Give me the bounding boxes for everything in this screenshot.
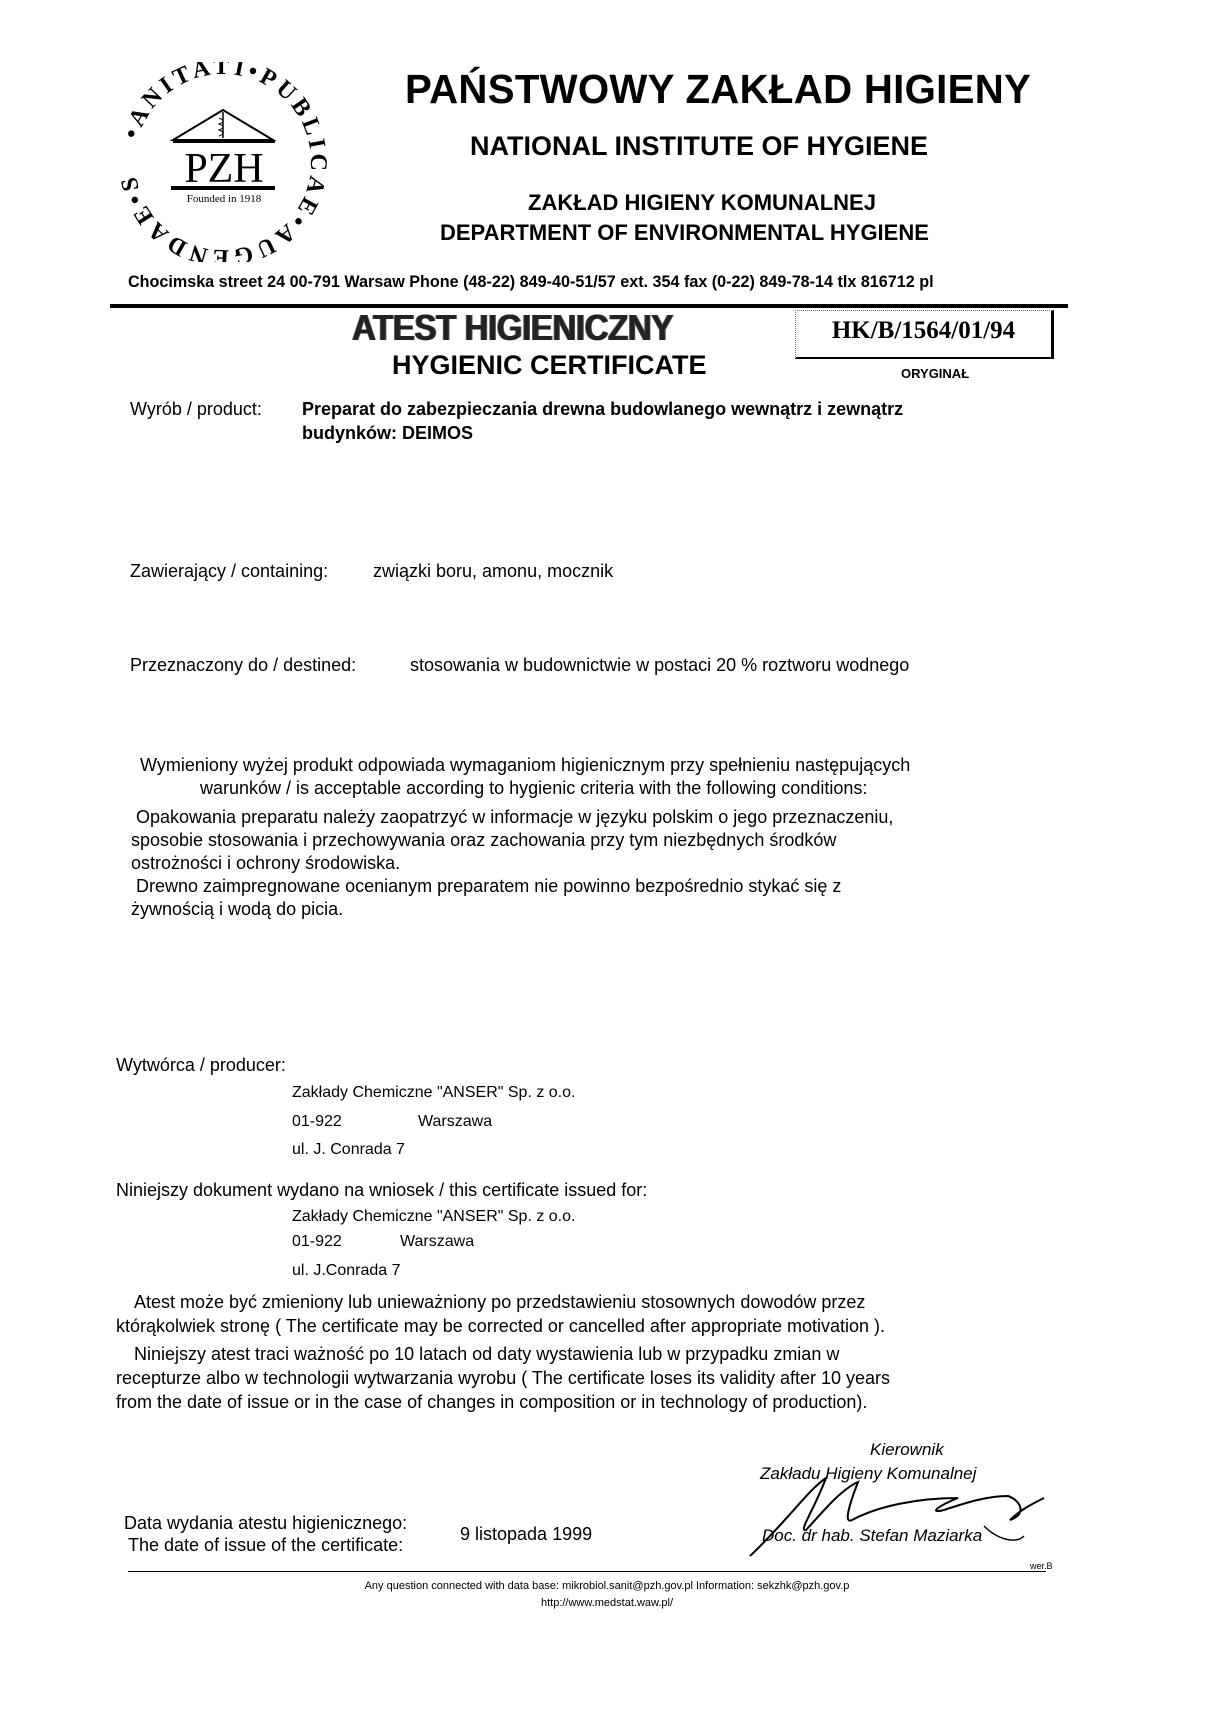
product-label: Wyrób / product:: [130, 399, 262, 420]
signatory-name: Doc. dr hab. Stefan Maziarka: [762, 1526, 982, 1546]
svg-text:PZH: PZH: [184, 146, 263, 192]
note-2-line3: from the date of issue or in the case of…: [116, 1392, 867, 1413]
issue-date-label-pl: Data wydania atestu higienicznego:: [124, 1513, 407, 1534]
condition-1-line2: sposobie stosowania i przechowywania ora…: [131, 830, 836, 851]
pzh-seal-icon: •ANITATI•PUBLICAE•AUGENDAE•S PZH Founded…: [118, 62, 328, 262]
handwritten-signature-icon: [748, 1470, 1058, 1560]
svg-text:Founded in 1918: Founded in 1918: [187, 193, 262, 205]
producer-label: Wytwórca / producer:: [116, 1055, 286, 1076]
footer-divider: [128, 1571, 1046, 1572]
producer-street: ul. J. Conrada 7: [292, 1141, 405, 1159]
institute-name-en: NATIONAL INSTITUTE OF HYGIENE: [470, 131, 928, 162]
issued-for-city: Warszawa: [400, 1233, 474, 1251]
issued-for-postcode: 01-922: [292, 1233, 342, 1251]
containing-label: Zawierający / containing:: [130, 561, 328, 582]
certificate-number-box: HK/B/1564/01/94: [795, 310, 1054, 359]
note-1-line2: którąkolwiek stronę ( The certificate ma…: [116, 1316, 885, 1337]
footer-website[interactable]: http://www.medstat.waw.pl/: [0, 1597, 1214, 1609]
destined-value: stosowania w budownictwie w postaci 20 %…: [410, 655, 909, 676]
condition-2-line2: żywnością i wodą do picia.: [131, 899, 343, 920]
issued-for-label: Niniejszy dokument wydano na wniosek / t…: [116, 1180, 647, 1201]
note-1-line1: Atest może być zmieniony lub unieważnion…: [134, 1292, 865, 1313]
destined-label: Przeznaczony do / destined:: [130, 655, 356, 676]
institute-name-pl: PAŃSTWOWY ZAKŁAD HIGIENY: [405, 66, 1031, 113]
condition-1-line3: ostrożności i ochrony środowiska.: [131, 853, 400, 874]
signature-title: Kierownik: [870, 1440, 944, 1460]
department-name-pl: ZAKŁAD HIGIENY KOMUNALNEJ: [528, 190, 876, 216]
note-2-line2: recepturze albo w technologii wytwarzani…: [116, 1368, 890, 1389]
producer-city: Warszawa: [418, 1113, 492, 1131]
condition-1-line1: Opakowania preparatu należy zaopatrzyć w…: [136, 807, 893, 828]
note-2-line1: Niniejszy atest traci ważność po 10 lata…: [134, 1344, 839, 1365]
producer-postcode: 01-922: [292, 1113, 342, 1131]
conditions-intro-line1: Wymieniony wyżej produkt odpowiada wymag…: [140, 755, 910, 776]
issue-date-label-en: The date of issue of the certificate:: [128, 1535, 403, 1556]
department-name-en: DEPARTMENT OF ENVIRONMENTAL HYGIENE: [440, 220, 929, 246]
containing-value: związki boru, amonu, mocznik: [373, 561, 613, 582]
original-stamp: ORYGINAŁ: [901, 366, 969, 381]
product-value-line2: budynków: DEIMOS: [302, 423, 473, 444]
institute-address: Chocimska street 24 00-791 Warsaw Phone …: [128, 272, 934, 292]
condition-2-line1: Drewno zaimpregnowane ocenianym preparat…: [136, 876, 841, 897]
certificate-title-pl: ATEST HIGIENICZNY: [352, 307, 673, 349]
certificate-number: HK/B/1564/01/94: [796, 317, 1051, 345]
conditions-intro-line2: warunków / is acceptable according to hy…: [200, 778, 867, 799]
issue-date-value: 9 listopada 1999: [460, 1524, 592, 1545]
issued-for-street: ul. J.Conrada 7: [292, 1262, 401, 1280]
producer-name: Zakłady Chemiczne "ANSER" Sp. z o.o.: [292, 1084, 575, 1102]
version-label: wer.B: [1030, 1561, 1053, 1571]
issued-for-name: Zakłady Chemiczne "ANSER" Sp. z o.o.: [292, 1208, 575, 1226]
pzh-logo: •ANITATI•PUBLICAE•AUGENDAE•S PZH Founded…: [118, 62, 328, 262]
footer-contact: Any question connected with data base: m…: [0, 1580, 1214, 1592]
product-value-line1: Preparat do zabezpieczania drewna budowl…: [302, 399, 903, 420]
certificate-title-en: HYGIENIC CERTIFICATE: [392, 350, 707, 381]
